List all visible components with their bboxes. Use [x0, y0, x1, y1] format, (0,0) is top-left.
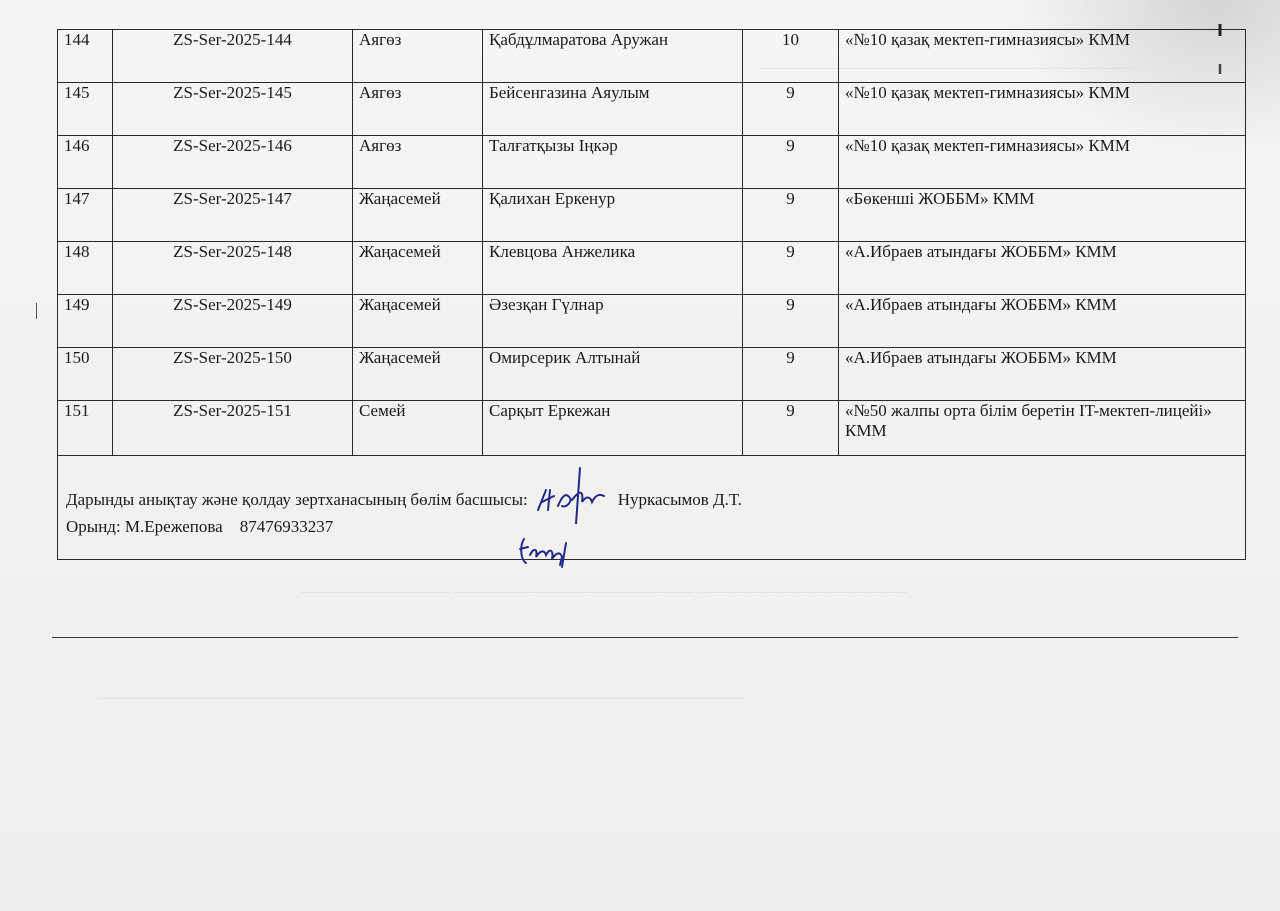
table-row: 146ZS-Ser-2025-146АягөзТалғатқызы Іңкәр9…	[58, 136, 1246, 189]
participant-name-cell: Әзезқан Гүлнар	[483, 295, 743, 348]
table-row: 151ZS-Ser-2025-151СемейСарқыт Еркежан9«№…	[58, 401, 1246, 456]
row-number-cell: 146	[58, 136, 113, 189]
footer-row: Дарынды анықтау және қолдау зертханасыны…	[58, 456, 1246, 560]
district-cell: Жаңасемей	[353, 242, 483, 295]
footer-cell: Дарынды анықтау және қолдау зертханасыны…	[58, 456, 1246, 560]
row-number-cell: 149	[58, 295, 113, 348]
district-cell: Жаңасемей	[353, 189, 483, 242]
grade-cell: 10	[743, 30, 839, 83]
scan-mark	[36, 303, 37, 319]
grade-cell: 9	[743, 83, 839, 136]
grade-cell: 9	[743, 348, 839, 401]
row-number-cell: 150	[58, 348, 113, 401]
table-row: 149ZS-Ser-2025-149ЖаңасемейӘзезқан Гүлна…	[58, 295, 1246, 348]
district-cell: Семей	[353, 401, 483, 456]
row-number-cell: 145	[58, 83, 113, 136]
school-name-cell: «А.Ибраев атындағы ЖОББМ» КММ	[839, 348, 1246, 401]
school-name-cell: «№10 қазақ мектеп-гимназиясы» КММ	[839, 83, 1246, 136]
executor-phone: 87476933237	[240, 517, 334, 536]
participant-code-cell: ZS-Ser-2025-146	[113, 136, 353, 189]
bleed-through-text: ————————————————————————————————————————…	[100, 690, 745, 707]
participants-table-body: 144ZS-Ser-2025-144АягөзҚабдұлмаратова Ар…	[58, 30, 1246, 456]
participant-name-cell: Бейсенгазина Аяулым	[483, 83, 743, 136]
row-number-cell: 144	[58, 30, 113, 83]
district-cell: Аягөз	[353, 136, 483, 189]
participant-code-cell: ZS-Ser-2025-149	[113, 295, 353, 348]
participant-code-cell: ZS-Ser-2025-151	[113, 401, 353, 456]
table-row: 150ZS-Ser-2025-150ЖаңасемейОмирсерик Алт…	[58, 348, 1246, 401]
district-cell: Аягөз	[353, 83, 483, 136]
school-name-cell: «А.Ибраев атындағы ЖОББМ» КММ	[839, 242, 1246, 295]
row-number-cell: 148	[58, 242, 113, 295]
table-row: 145ZS-Ser-2025-145АягөзБейсенгазина Аяул…	[58, 83, 1246, 136]
grade-cell: 9	[743, 295, 839, 348]
participant-name-cell: Қалихан Еркенур	[483, 189, 743, 242]
participants-table: 144ZS-Ser-2025-144АягөзҚабдұлмаратова Ар…	[57, 29, 1246, 560]
participant-name-cell: Омирсерик Алтынай	[483, 348, 743, 401]
participant-name-cell: Клевцова Анжелика	[483, 242, 743, 295]
grade-cell: 9	[743, 136, 839, 189]
participant-code-cell: ZS-Ser-2025-150	[113, 348, 353, 401]
school-name-cell: «А.Ибраев атындағы ЖОББМ» КММ	[839, 295, 1246, 348]
participant-name-cell: Сарқыт Еркежан	[483, 401, 743, 456]
participant-code-cell: ZS-Ser-2025-147	[113, 189, 353, 242]
participant-name-cell: Талғатқызы Іңкәр	[483, 136, 743, 189]
grade-cell: 9	[743, 401, 839, 456]
executor-line: Орынд: М.Ережепова 87476933237	[66, 517, 1237, 537]
staple-mark-icon	[1215, 22, 1225, 87]
table-row: 148ZS-Ser-2025-148ЖаңасемейКлевцова Анже…	[58, 242, 1246, 295]
district-cell: Жаңасемей	[353, 295, 483, 348]
participant-code-cell: ZS-Ser-2025-148	[113, 242, 353, 295]
head-signature-icon	[532, 482, 614, 517]
row-number-cell: 147	[58, 189, 113, 242]
district-cell: Жаңасемей	[353, 348, 483, 401]
school-name-cell: «Бөкенші ЖОББМ» КММ	[839, 189, 1246, 242]
district-cell: Аягөз	[353, 30, 483, 83]
head-name: Нуркасымов Д.Т.	[618, 490, 742, 510]
head-title: Дарынды анықтау және қолдау зертханасыны…	[66, 490, 528, 510]
grade-cell: 9	[743, 242, 839, 295]
horizontal-rule	[52, 637, 1238, 638]
table-row: 147ZS-Ser-2025-147ЖаңасемейҚалихан Еркен…	[58, 189, 1246, 242]
executor-signature-icon	[465, 513, 576, 594]
school-name-cell: «№50 жалпы орта білім беретін IT-мектеп-…	[839, 401, 1246, 456]
participant-code-cell: ZS-Ser-2025-145	[113, 83, 353, 136]
school-name-cell: «№10 қазақ мектеп-гимназиясы» КММ	[839, 136, 1246, 189]
participant-name-cell: Қабдұлмаратова Аружан	[483, 30, 743, 83]
grade-cell: 9	[743, 189, 839, 242]
bleed-through-text: —————————— ———————————————— ————————————…	[300, 584, 908, 601]
school-name-cell: «№10 қазақ мектеп-гимназиясы» КММ	[839, 30, 1246, 83]
executor-label: Орынд: М.Ережепова	[66, 517, 223, 536]
row-number-cell: 151	[58, 401, 113, 456]
participant-code-cell: ZS-Ser-2025-144	[113, 30, 353, 83]
table-row: 144ZS-Ser-2025-144АягөзҚабдұлмаратова Ар…	[58, 30, 1246, 83]
head-signature-line: Дарынды анықтау және қолдау зертханасыны…	[66, 482, 1237, 517]
